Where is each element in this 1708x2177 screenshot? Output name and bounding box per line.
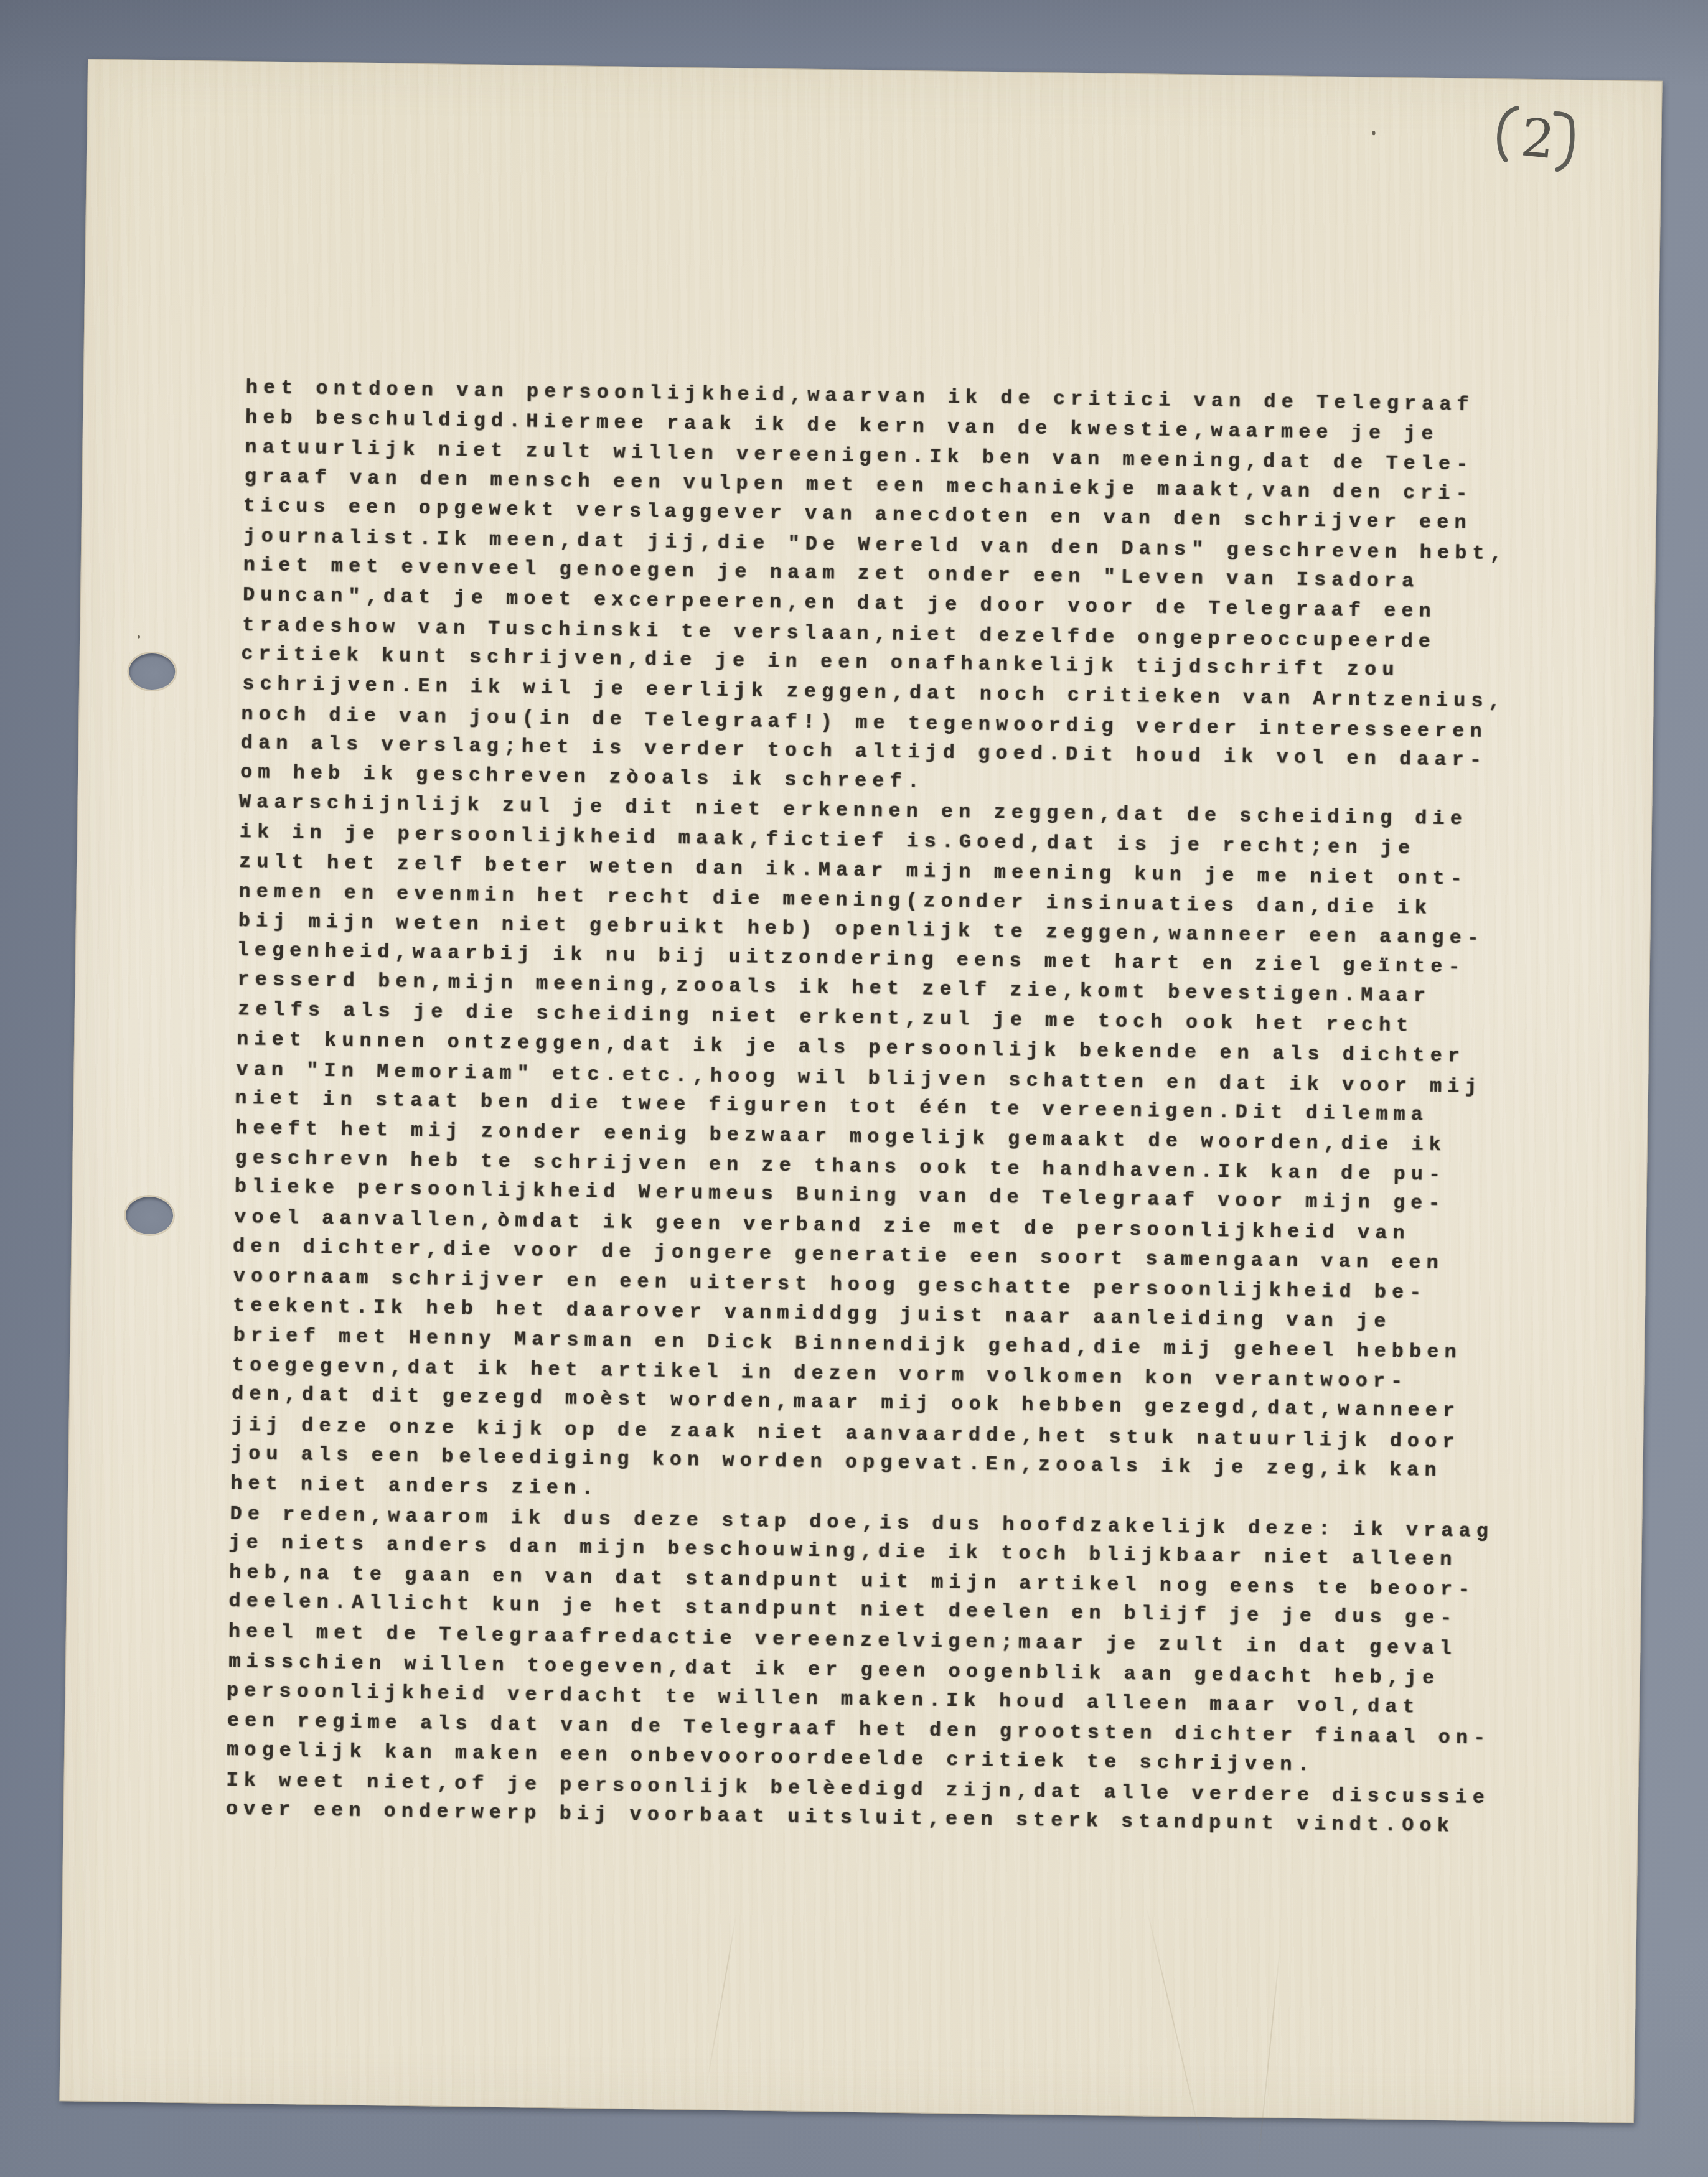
punch-hole-top	[129, 653, 176, 690]
page-number: 2	[1518, 106, 1557, 171]
punch-hole-bottom	[126, 1197, 174, 1235]
paper-speck	[138, 635, 140, 639]
scratch-mark	[706, 1912, 738, 2084]
left-bracket-stroke	[1499, 108, 1517, 160]
page-number-annotation: 2	[1489, 98, 1590, 180]
right-bracket-stroke	[1555, 113, 1573, 169]
letter-body: het ontdoen van persoonlijkheid,waarvan …	[225, 373, 1615, 1843]
pencil-bracket-2-icon: 2	[1489, 98, 1590, 180]
letter-page: 2 het ontdoen van persoonlijkheid,waarva…	[59, 59, 1663, 2123]
paper-speck	[1372, 131, 1376, 135]
